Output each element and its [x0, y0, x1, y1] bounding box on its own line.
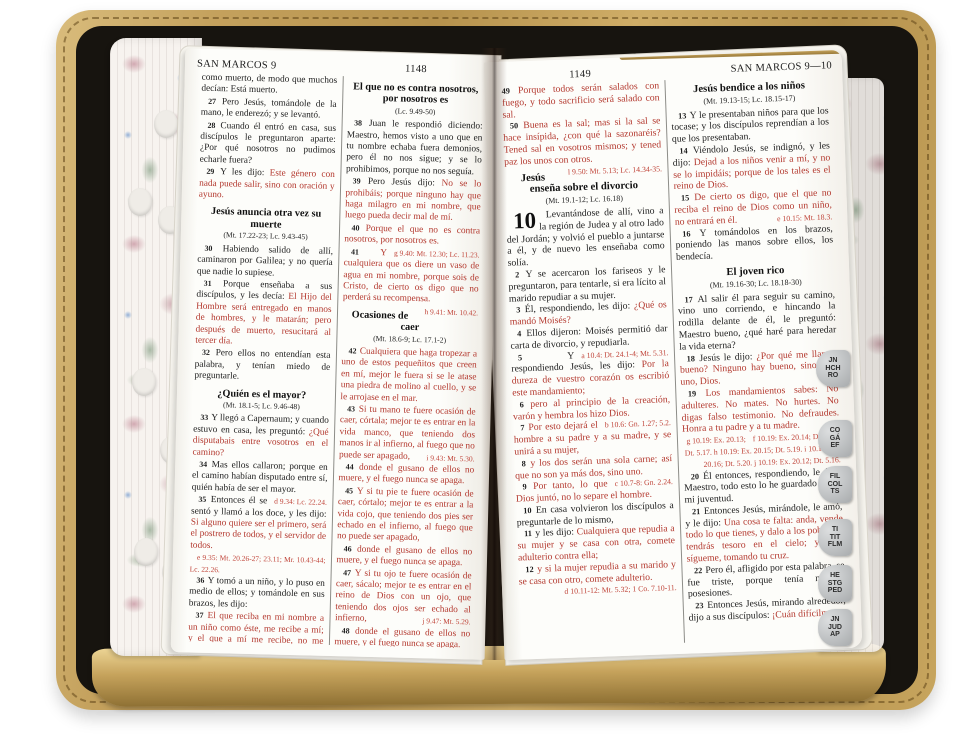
- verse-text: Y se acercaron los fariseos y le pregunt…: [508, 264, 666, 304]
- verse-number: 21: [692, 507, 704, 516]
- verse: 18 Jesús le dijo: ¿Por qué me llamas bue…: [679, 348, 838, 389]
- verse: 6 pero al principio de la creación, varó…: [512, 394, 670, 423]
- verse-text: Pero ellos no entendían esta palabra, y …: [194, 348, 330, 381]
- verse-text: Y le presentaban niños para que los toca…: [671, 105, 829, 145]
- words-of-jesus: donde el gusano de ellos no muere, y el …: [338, 463, 474, 487]
- verse-number: 20: [691, 472, 704, 481]
- thumb-index-tab-jn-jud-ap: JNJUDAP: [818, 609, 852, 646]
- verse: 16 Y tomándolos en los brazos, poniendo …: [675, 223, 834, 264]
- verse-number: 16: [682, 229, 700, 239]
- verse: 46 donde el gusano de ellos no muere, y …: [336, 543, 472, 570]
- verse-number: 3: [516, 305, 525, 314]
- words-of-jesus: Dejad a los niños venir a mí, y no se lo…: [673, 152, 831, 192]
- thumb-notch: [132, 368, 156, 396]
- words-of-jesus: El que reciba en mi nombre a un niño com…: [188, 611, 325, 645]
- verse-number: 32: [202, 348, 216, 357]
- verse: 31 Porque enseñaba a sus discípulos, y l…: [195, 278, 332, 351]
- verse-text: Él, respondiendo, les dijo:: [525, 301, 634, 316]
- verse: 45 Y si tu pie te fuere ocasión de caer,…: [337, 485, 474, 546]
- cross-reference: d 9.34: Lc. 22.24.: [267, 496, 327, 509]
- verse: 42 Cualquiera que haga tropezar a uno de…: [340, 345, 477, 406]
- tab-label: RO: [828, 372, 839, 380]
- words-of-jesus: Porque todos serán salados con fuego, y …: [502, 80, 660, 120]
- tab-label: EF: [831, 442, 840, 450]
- verse-number: 45: [345, 486, 357, 495]
- tab-label: FIL: [830, 473, 841, 481]
- words-of-jesus: Los mandamientos sabes: No adulteres. No…: [681, 383, 839, 435]
- verse-number: 13: [678, 111, 690, 120]
- verse-number: 23: [695, 601, 707, 610]
- words-of-jesus: Y si tu pie te fuere ocasión de caer, có…: [337, 486, 474, 543]
- verse-number: 10: [523, 506, 536, 515]
- verse-number: 36: [196, 576, 207, 585]
- verse-number: 22: [694, 566, 706, 575]
- verse-number: 34: [199, 460, 212, 469]
- verse-number: 27: [208, 97, 222, 106]
- verse: 47 Y si tu ojo te fuere ocasión de caer,…: [335, 567, 472, 628]
- thumb-index-tab-ti-tit-flm: TITITFLM: [818, 519, 852, 556]
- parallel-passage-ref: (Mt. 18.6-9; Lc. 17.1-2): [342, 332, 478, 347]
- left-running-head: SAN MARCOS 9: [197, 59, 277, 72]
- verse: 44 donde el gusano de ellos no muere, y …: [338, 461, 474, 488]
- page-left-1148: SAN MARCOS 9 1148 como muerto, de modo q…: [171, 48, 500, 659]
- tab-label: CO: [830, 427, 841, 435]
- words-of-jesus: Cualquiera que haga tropezar a uno de es…: [340, 347, 477, 404]
- words-of-jesus: donde el gusano de ellos no muere, y el …: [336, 544, 472, 568]
- verse-text: Pero Jesús dijo:: [368, 177, 442, 189]
- tab-label: JUD: [828, 624, 842, 632]
- verse: 33 Y llegó a Capernaum; y cuando estuvo …: [192, 412, 329, 462]
- verse-number: 35: [198, 495, 211, 504]
- words-of-jesus: Buena es la sal; mas si la sal se hace i…: [503, 116, 661, 168]
- verse-number: 37: [195, 611, 207, 620]
- verse-number: 29: [206, 167, 220, 176]
- thumb-notch: [128, 188, 152, 216]
- left-page-column-2: El que no es contra nosotros, por nosotr…: [328, 76, 488, 648]
- thumb-index-tab-he-stg-ped: HESTGPED: [818, 565, 852, 602]
- verse: 30 Habiendo salido de allí, caminaron po…: [197, 242, 333, 281]
- page-right-1149: 1149 SAN MARCOS 9—10 49 Porque todos ser…: [484, 50, 863, 660]
- right-running-head: SAN MARCOS 9—10: [731, 60, 833, 75]
- tab-label: TIT: [830, 534, 841, 542]
- verse: 32 Pero ellos no entendían esta palabra,…: [194, 347, 330, 386]
- verse-text: Y les dijo:: [220, 167, 270, 178]
- verse-number: 19: [688, 389, 706, 399]
- left-page-column-1: como muerto, de modo que muchos decían: …: [183, 73, 342, 645]
- verse: 27 Pero Jesús, tomándole de la mano, le …: [201, 95, 337, 122]
- verse: 38 Juan le respondió diciendo: Maestro, …: [346, 117, 483, 178]
- verse: 2 Y se acercaron los fariseos y le pregu…: [508, 264, 667, 305]
- section-heading: Jesús anuncia otra vez su muerte: [198, 206, 334, 232]
- words-of-jesus: donde el gusano de ellos no muere, y el …: [334, 626, 470, 648]
- verse-number: 43: [347, 404, 359, 413]
- book-gutter-shadow: [481, 48, 507, 660]
- verse: 43 Si tu mano te fuere ocasión de caer, …: [339, 403, 476, 464]
- words-of-jesus: Si alguno quiere ser el primero, será el…: [190, 518, 326, 551]
- cross-reference: g 9.40: Mt. 12.30; Lc. 11.23.: [387, 247, 480, 261]
- verse-text: Al salir él para seguir su camino, vino …: [678, 289, 837, 353]
- tab-label: TS: [831, 488, 840, 496]
- verse-text: Y tomándolos en los brazos, poniendo las…: [675, 223, 833, 263]
- tab-label: JN: [831, 616, 840, 624]
- verse: 8 y los dos serán una sola carne; así qu…: [515, 453, 673, 482]
- verse-text: como muerto, de modo que muchos decían: …: [201, 73, 337, 96]
- verse-number: 11: [524, 529, 535, 538]
- verse-number: 8: [522, 459, 531, 468]
- verse: 4 Ellos dijeron: Moisés permitió dar car…: [510, 323, 668, 352]
- words-of-jesus: Y si tu ojo te fuere ocasión de caer, sá…: [335, 568, 472, 624]
- verse-number: 18: [686, 354, 699, 363]
- verse: 10Levantándose de allí, vino a la región…: [506, 205, 665, 269]
- verse-number: 12: [525, 565, 537, 574]
- bible-product-photo: SAN MARCOS 9 1148 como muerto, de modo q…: [0, 0, 977, 756]
- verse: 34 Mas ellos callaron; porque en el cami…: [192, 459, 328, 498]
- right-page-column-1: 49 Porque todos serán salados con fuego,…: [497, 80, 684, 649]
- cross-reference: e 9.35: Mt. 20.26-27; 23.11; Mr. 10.43-4…: [190, 552, 326, 578]
- tab-label: PED: [828, 587, 842, 595]
- thumb-notch: [134, 538, 158, 566]
- parallel-passage-ref: (Mt. 17.22-23; Lc. 9.43-45): [198, 229, 334, 244]
- verse-number: 9: [522, 482, 533, 491]
- verse-number: 33: [200, 413, 211, 422]
- tab-label: AP: [830, 631, 840, 639]
- verse-number: 28: [207, 120, 220, 129]
- verse-number: 42: [348, 346, 359, 355]
- verse: 12 y si la mujer repudia a su marido y s…: [518, 559, 676, 588]
- verse-number: 47: [343, 568, 355, 577]
- tab-label: COL: [828, 481, 843, 489]
- parallel-passage-ref: (Lc. 9.49-50): [347, 104, 483, 119]
- verse-text: Mas ellos callaron; porque en el camino …: [192, 460, 328, 495]
- verse: 37 El que reciba en mi nombre a un niño …: [188, 610, 325, 645]
- tab-label: JN: [829, 357, 838, 365]
- verse-text: Cuando él entró en casa, sus discípulos …: [200, 121, 337, 166]
- verse: 14 Viéndolo Jesús, se indignó, y les dij…: [672, 140, 831, 193]
- verse: 19 Los mandamientos sabes: No adulteres.…: [681, 383, 840, 436]
- verse-number: 48: [342, 626, 356, 635]
- thumb-notch: [154, 110, 178, 138]
- left-page-number: 1148: [405, 64, 427, 76]
- verse-number: 31: [204, 279, 224, 288]
- verse-number: 14: [679, 146, 693, 155]
- cross-reference: j 9.47: Mt. 5.29.: [415, 615, 470, 628]
- cross-reference: h 9.41: Mt. 10.42.: [417, 306, 478, 319]
- chapter-number: 10: [506, 210, 539, 232]
- verse-number: 15: [681, 193, 695, 202]
- thumb-index-tab-co-gá-ef: COGÁEF: [818, 420, 852, 457]
- verse-number: 17: [684, 295, 697, 304]
- parallel-passage-ref: (Mt. 18.1-5; Lc. 9.46-48): [194, 399, 330, 414]
- verse: 50 Buena es la sal; mas si la sal se hac…: [503, 116, 662, 169]
- verse: 15 De cierto os digo, que el que no reci…: [674, 188, 833, 229]
- tab-label: HE: [830, 572, 840, 580]
- tab-label: GÁ: [830, 435, 841, 443]
- verse-number: 46: [344, 544, 358, 553]
- verse: 48 donde el gusano de ellos no muere, y …: [334, 625, 470, 649]
- verse-text: Y tomó a un niño, y lo puso en medio de …: [189, 576, 325, 610]
- verse-text: y les dijo:: [535, 527, 577, 539]
- verse-number: 44: [346, 462, 360, 471]
- verse-number: 6: [519, 400, 530, 409]
- verse-number: 38: [354, 119, 369, 128]
- verse: 28 Cuando él entró en casa, sus discípul…: [200, 119, 337, 169]
- section-heading: El que no es contra nosotros, por nosotr…: [348, 81, 484, 107]
- thumb-index-tab-jn-hch-ro: JNHCHRO: [816, 350, 850, 387]
- verse: 49 Porque todos serán salados con fuego,…: [502, 80, 661, 121]
- verse: 29 Y les dijo: Este género con nada pued…: [199, 166, 335, 205]
- verse-number: 50: [510, 121, 524, 130]
- tab-label: TI: [832, 526, 838, 534]
- thumb-index-tab-fil-col-ts: FILCOLTS: [818, 466, 852, 503]
- tab-label: STG: [828, 580, 842, 588]
- verse-number: 39: [353, 177, 368, 186]
- verse-text: Pero Jesús, tomándole de la mano, le end…: [201, 97, 337, 121]
- right-page-number: 1149: [569, 69, 591, 81]
- verse: 39 Pero Jesús dijo: No se lo prohibáis; …: [345, 175, 482, 225]
- verse-number: 41: [351, 247, 381, 257]
- verse-text: Jesús le dijo:: [699, 351, 756, 364]
- verse-number: 5: [518, 351, 568, 362]
- verse: 11 y les dijo: Cualquiera que repudia a …: [517, 524, 676, 565]
- verse-number: 40: [351, 223, 365, 232]
- tab-label: HCH: [825, 365, 840, 373]
- verse: 40 Porque el que no es contra nosotros, …: [344, 222, 480, 249]
- verse: como muerto, de modo que muchos decían: …: [201, 73, 337, 99]
- verse: 13 Y le presentaban niños para que los t…: [671, 105, 830, 146]
- tab-label: FLM: [828, 541, 842, 549]
- verse: 17 Al salir él para seguir su camino, vi…: [677, 289, 836, 353]
- verse-number: 30: [204, 243, 222, 252]
